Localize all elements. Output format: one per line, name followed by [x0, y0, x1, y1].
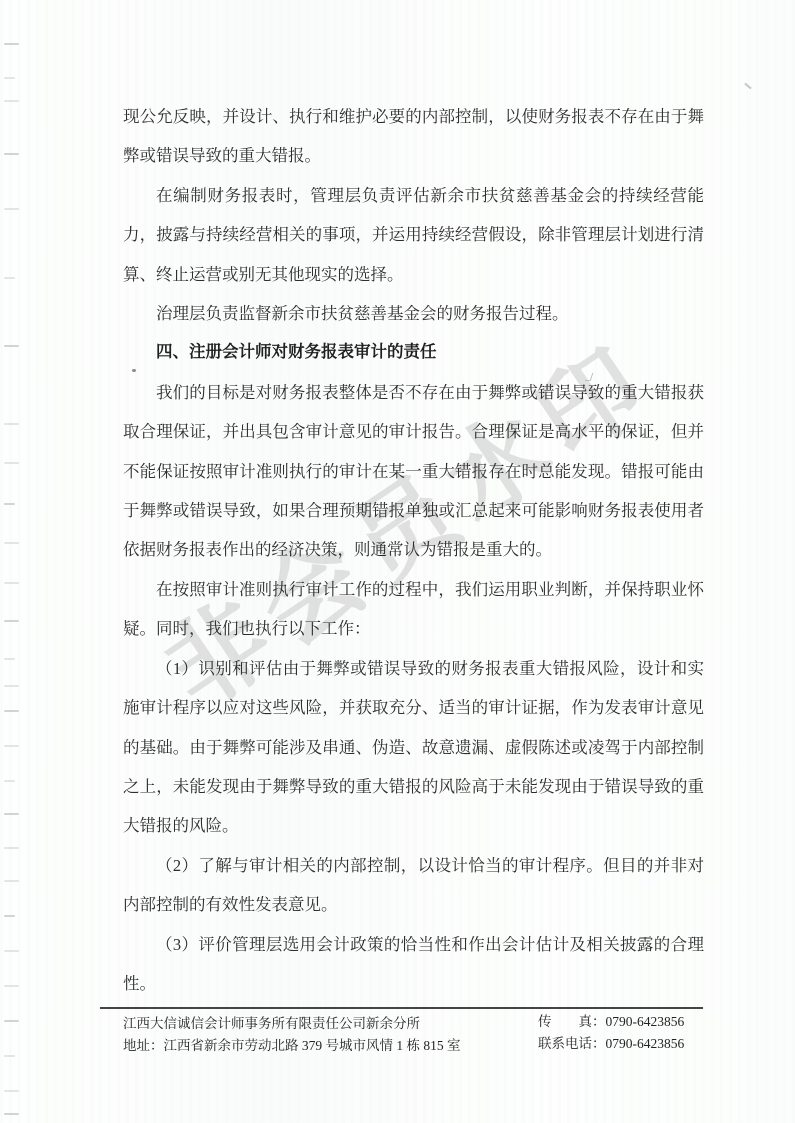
- scanned-document-page: 非会员水印 现公允反映，并设计、执行和维护必要的内部控制，以使财务报表不存在由于…: [0, 0, 795, 1123]
- scan-mark: [4, 710, 19, 712]
- footer-firm-info: 江西大信诚信会计师事务所有限责任公司新余分所 地址：江西省新余市劳动北路 379…: [123, 1013, 461, 1057]
- scan-mark: [4, 43, 19, 45]
- scan-mark: [4, 915, 15, 917]
- body-paragraph: （2）了解与审计相关的内部控制，以设计恰当的审计程序。但目的并非对内部控制的有效…: [123, 846, 704, 925]
- scan-mark: [4, 880, 19, 882]
- scan-mark: [4, 100, 19, 102]
- scan-mark: [4, 208, 19, 210]
- scan-mark: [4, 847, 19, 849]
- scan-mark: [4, 582, 19, 584]
- scan-mark: [4, 503, 15, 505]
- footer-firm-address: 地址：江西省新余市劳动北路 379 号城市风情 1 栋 815 室: [123, 1035, 461, 1057]
- scan-mark: [4, 1020, 19, 1022]
- body-paragraph: 现公允反映，并设计、执行和维护必要的内部控制，以使财务报表不存在由于舞弊或错误导…: [123, 97, 704, 176]
- scan-mark: [4, 950, 19, 952]
- scan-mark: [4, 620, 19, 622]
- scan-mark: [4, 780, 15, 782]
- document-body: 现公允反映，并设计、执行和维护必要的内部控制，以使财务报表不存在由于舞弊或错误导…: [123, 97, 704, 1003]
- scan-mark: [4, 277, 15, 279]
- scan-artifact-dot: [132, 369, 136, 372]
- footer-contact-info: 传 真：0790-6423856 联系电话：0790-6423856: [538, 1011, 684, 1055]
- body-paragraph: 在按照审计准则执行审计工作的过程中，我们运用职业判断，并保持职业怀疑。同时，我们…: [123, 570, 704, 649]
- scan-mark: [4, 423, 19, 425]
- body-paragraph: 在编制财务报表时，管理层负责评估新余市扶贫慈善基金会的持续经营能力，披露与持续经…: [123, 176, 704, 294]
- footer-fax: 传 真：0790-6423856: [538, 1011, 684, 1033]
- body-paragraph: 治理层负责监督新余市扶贫慈善基金会的财务报告过程。: [123, 294, 704, 333]
- scan-mark: [4, 1090, 19, 1092]
- footer-divider: [100, 1007, 703, 1009]
- body-paragraph: 我们的目标是对财务报表整体是否不存在由于舞弊或错误导致的重大错报获取合理保证，并…: [123, 373, 704, 570]
- scan-mark: [4, 813, 19, 815]
- scan-mark: [4, 745, 19, 747]
- section-heading: 四、注册会计师对财务报表审计的责任: [123, 333, 704, 372]
- scan-mark: [4, 345, 19, 347]
- footer-firm-name: 江西大信诚信会计师事务所有限责任公司新余分所: [123, 1013, 461, 1035]
- scan-mark: [4, 153, 19, 155]
- scan-mark: [4, 658, 15, 660]
- scan-mark: [4, 1055, 15, 1057]
- scan-mark: [4, 1113, 19, 1115]
- body-paragraph: （1）识别和评估由于舞弊或错误导致的财务报表重大错报风险，设计和实施审计程序以应…: [123, 649, 704, 846]
- scan-mark: [4, 985, 19, 987]
- scan-mark: [4, 77, 15, 79]
- scan-mark: [4, 685, 19, 687]
- footer-phone: 联系电话：0790-6423856: [538, 1033, 684, 1055]
- scan-mark: [4, 462, 19, 464]
- body-paragraph: （3）评价管理层选用会计政策的恰当性和作出会计估计及相关披露的合理性。: [123, 925, 704, 1004]
- scan-artifact-corner: [744, 83, 751, 90]
- scan-mark: [4, 542, 19, 544]
